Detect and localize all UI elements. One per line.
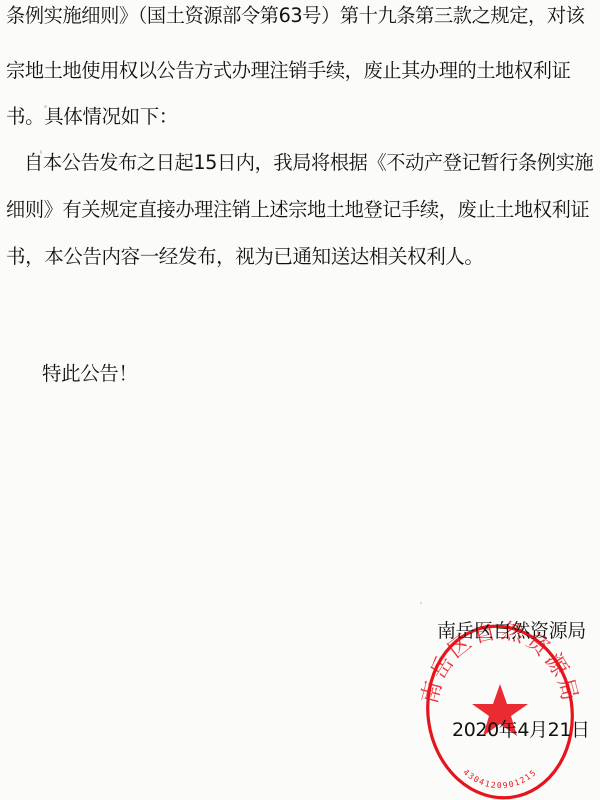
closing-statement: 特此公告！ (42, 360, 138, 388)
seal-serial: 4304120901215 (461, 768, 538, 791)
scan-speck (40, 150, 42, 154)
issuer-name: 南岳区自然资源局 (437, 617, 586, 645)
document-page: 条例实施细则》（国土资源部令第63号）第十九条第三款之规定，对该 宗地土地使用权… (0, 0, 600, 800)
scan-speck (44, 105, 47, 108)
scan-speck (420, 602, 422, 604)
paragraph-1-line-1: 条例实施细则》（国土资源部令第63号）第十九条第三款之规定，对该 (6, 2, 584, 30)
paragraph-2-line-2: 细则》有关规定直接办理注销上述宗地土地登记手续，废止土地权利证 (6, 196, 589, 224)
issue-date: 2020年4月21日 (452, 716, 590, 744)
paragraph-1-line-2: 宗地土地使用权以公告方式办理注销手续，废止其办理的土地权利证 (6, 57, 570, 85)
paragraph-2-line-3: 书，本公告内容一经发布，视为已通知送达相关权利人。 (6, 243, 484, 271)
paragraph-2-line-1: 自本公告发布之日起15日内，我局将根据《不动产登记暂行条例实施 (24, 149, 593, 177)
paragraph-1-line-3: 书。具体情况如下： (6, 103, 178, 131)
